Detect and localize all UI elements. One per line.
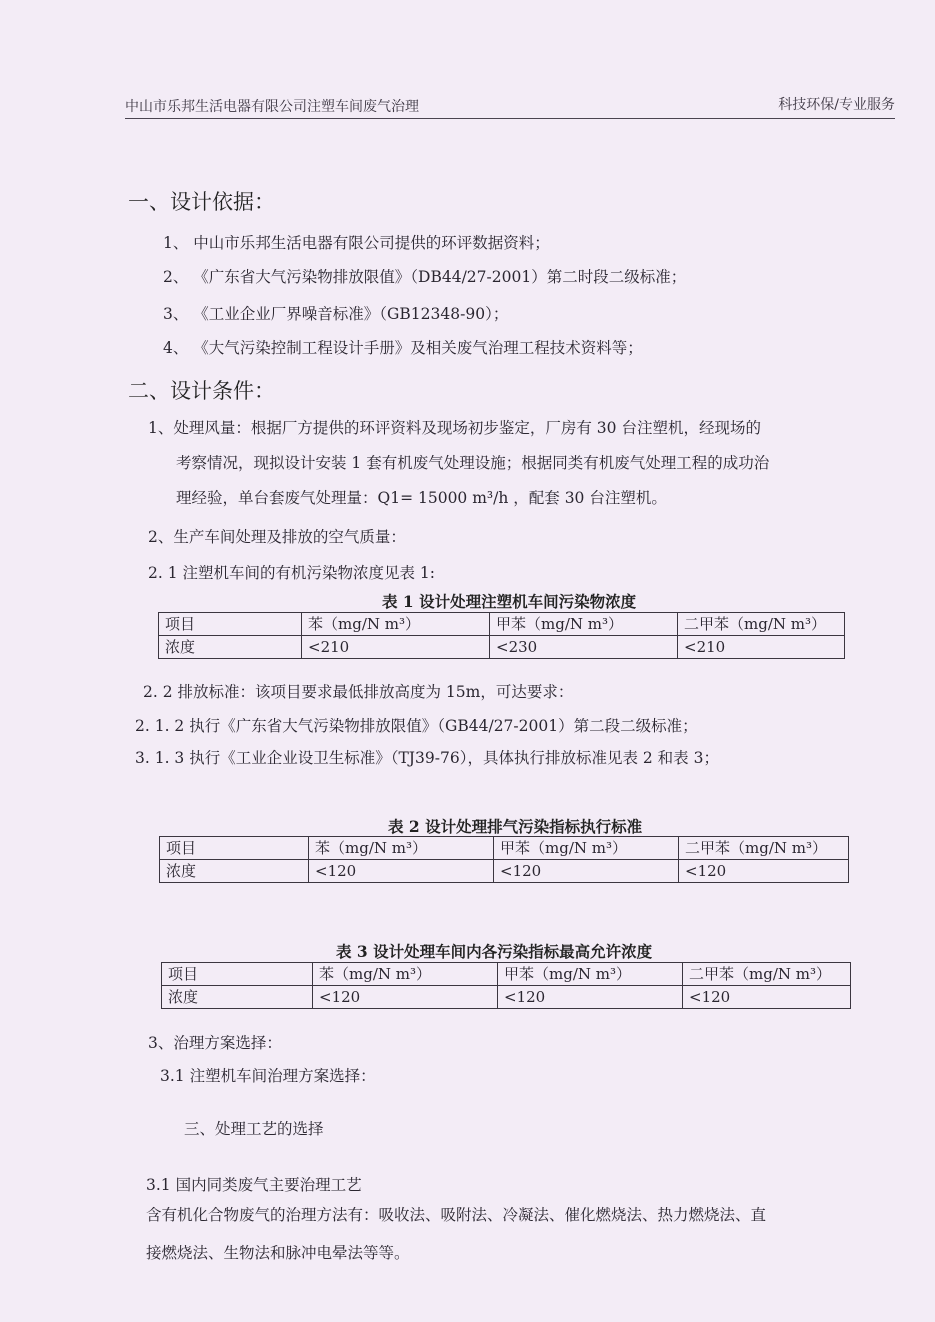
section3-body-line2: 接燃烧法、生物法和脉冲电晕法等等。	[146, 1241, 410, 1263]
section1-heading: 一、设计依据：	[128, 186, 275, 216]
section3-heading: 三、处理工艺的选择	[184, 1117, 324, 1139]
table-cell: <120	[679, 860, 849, 883]
section2-heading: 二、设计条件：	[128, 375, 275, 405]
table-cell: <210	[302, 636, 490, 659]
section2-para2-1-2: 2. 1. 2 执行《广东省大气污染物排放限值》（GB44/27-2001）第二…	[135, 714, 698, 736]
table-cell: <120	[309, 860, 494, 883]
table2-caption: 表 2 设计处理排气污染指标执行标准	[388, 815, 642, 837]
section2-para1-line2: 考察情况，现拟设计安装 1 套有机废气处理设施；根据同类有机废气处理工程的成功治	[176, 451, 769, 473]
table-cell: 项目	[159, 613, 302, 636]
table3-caption: 表 3 设计处理车间内各污染指标最高允许浓度	[336, 940, 652, 962]
table-row: 浓度 <120 <120 <120	[160, 860, 849, 883]
table-cell: 甲苯（mg/N m³）	[494, 837, 679, 860]
table-cell: 二甲苯（mg/N m³）	[679, 837, 849, 860]
section2-para3-1: 3.1 注塑机车间治理方案选择：	[160, 1064, 376, 1086]
table-cell: 浓度	[160, 860, 309, 883]
table-cell: 二甲苯（mg/N m³）	[678, 613, 845, 636]
table-row: 项目 苯（mg/N m³） 甲苯（mg/N m³） 二甲苯（mg/N m³）	[162, 963, 851, 986]
table-cell: 甲苯（mg/N m³）	[498, 963, 683, 986]
table-cell: <120	[498, 986, 683, 1009]
table-cell: 二甲苯（mg/N m³）	[683, 963, 851, 986]
section1-item-2: 2、 《广东省大气污染物排放限值》（DB44/27-2001）第二时段二级标准；	[163, 265, 686, 287]
table-cell: <210	[678, 636, 845, 659]
table2: 项目 苯（mg/N m³） 甲苯（mg/N m³） 二甲苯（mg/N m³） 浓…	[159, 836, 849, 883]
table-cell: 苯（mg/N m³）	[302, 613, 490, 636]
table3: 项目 苯（mg/N m³） 甲苯（mg/N m³） 二甲苯（mg/N m³） 浓…	[161, 962, 851, 1009]
section3-subheading: 3.1 国内同类废气主要治理工艺	[146, 1173, 362, 1195]
table-row: 项目 苯（mg/N m³） 甲苯（mg/N m³） 二甲苯（mg/N m³）	[159, 613, 845, 636]
section2-para3: 3、治理方案选择：	[148, 1031, 282, 1053]
table1-caption: 表 1 设计处理注塑机车间污染物浓度	[382, 590, 636, 612]
section2-para2-2: 2. 2 排放标准：该项目要求最低排放高度为 15m，可达要求：	[143, 680, 573, 702]
table1: 项目 苯（mg/N m³） 甲苯（mg/N m³） 二甲苯（mg/N m³） 浓…	[158, 612, 845, 659]
table-row: 项目 苯（mg/N m³） 甲苯（mg/N m³） 二甲苯（mg/N m³）	[160, 837, 849, 860]
section1-item-3: 3、 《工业企业厂界噪音标准》（GB12348-90）；	[163, 302, 508, 324]
table-cell: <120	[683, 986, 851, 1009]
section1-item-4: 4、 《大气污染控制工程设计手册》及相关废气治理工程技术资料等；	[163, 336, 643, 358]
table-cell: <120	[313, 986, 498, 1009]
table-cell: 苯（mg/N m³）	[313, 963, 498, 986]
table-row: 浓度 <210 <230 <210	[159, 636, 845, 659]
table-row: 浓度 <120 <120 <120	[162, 986, 851, 1009]
table-cell: 浓度	[159, 636, 302, 659]
table-cell: 项目	[162, 963, 313, 986]
table-cell: 浓度	[162, 986, 313, 1009]
table-cell: 甲苯（mg/N m³）	[490, 613, 678, 636]
document-page: 中山市乐邦生活电器有限公司注塑车间废气治理 科技环保/专业服务 一、设计依据： …	[0, 0, 935, 1322]
page-header: 中山市乐邦生活电器有限公司注塑车间废气治理 科技环保/专业服务	[125, 96, 895, 119]
header-slogan: 科技环保/专业服务	[778, 94, 895, 114]
section2-para2-1: 2. 1 注塑机车间的有机污染物浓度见表 1:	[148, 561, 435, 583]
section2-para3-1-3: 3. 1. 3 执行《工业企业设卫生标准》（TJ39-76），具体执行排放标准见…	[135, 746, 719, 768]
header-company-title: 中山市乐邦生活电器有限公司注塑车间废气治理	[125, 96, 419, 116]
table-cell: 项目	[160, 837, 309, 860]
section2-para1-line1: 1、处理风量：根据厂方提供的环评资料及现场初步鉴定，厂房有 30 台注塑机，经现…	[148, 416, 761, 438]
section1-item-1: 1、 中山市乐邦生活电器有限公司提供的环评数据资料；	[163, 231, 550, 253]
section2-para2: 2、生产车间处理及排放的空气质量：	[148, 525, 406, 547]
section3-body-line1: 含有机化合物废气的治理方法有：吸收法、吸附法、冷凝法、催化燃烧法、热力燃烧法、直	[146, 1203, 766, 1225]
table-cell: <120	[494, 860, 679, 883]
table-cell: <230	[490, 636, 678, 659]
table-cell: 苯（mg/N m³）	[309, 837, 494, 860]
section2-para1-line3: 理经验，单台套废气处理量：Q1= 15000 m³/h ，配套 30 台注塑机。	[176, 486, 667, 508]
